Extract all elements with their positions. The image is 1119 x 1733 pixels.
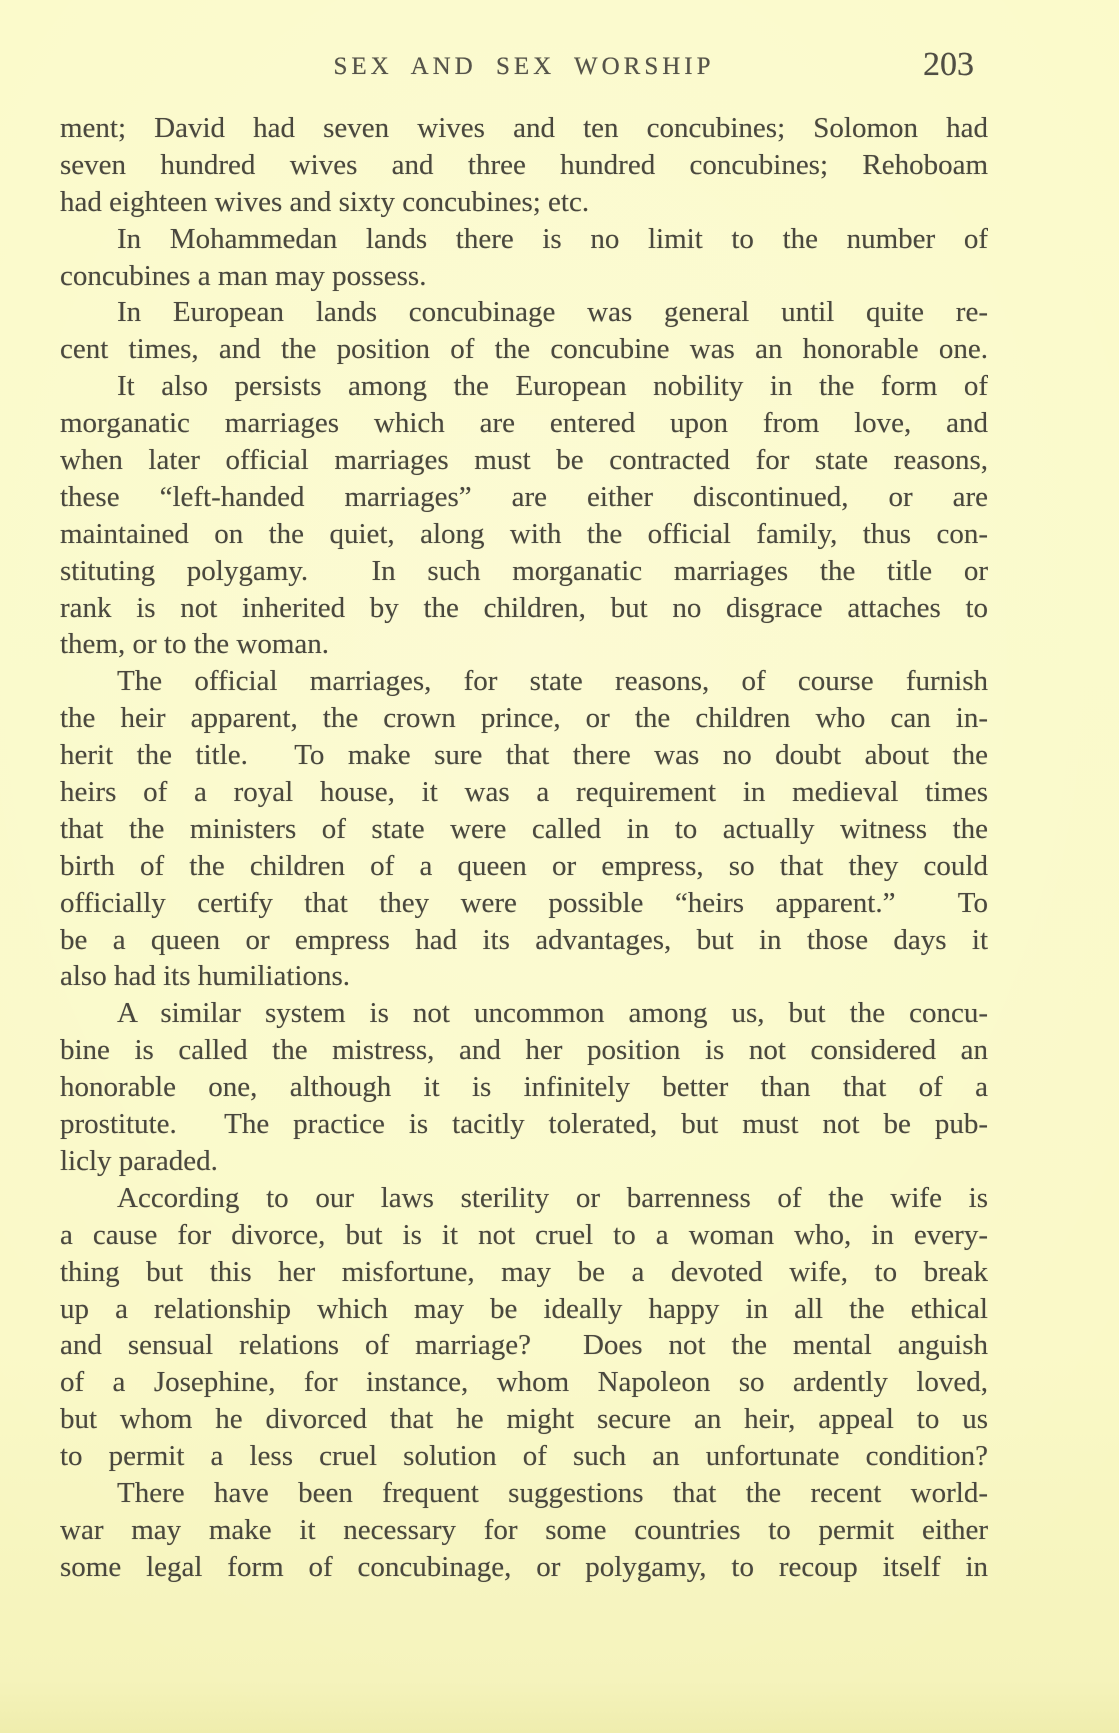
body-text: ment; David had seven wives and ten conc… [60,110,988,1586]
paragraph: In Mohammedan lands there is no limit to… [60,221,988,295]
paragraph: The official marriages, for state reason… [60,663,988,995]
text-line: war may make it necessary for some count… [60,1512,988,1549]
text-line: and sensual relations of marriage? Does … [60,1327,988,1364]
book-page: SEX AND SEX WORSHIP 203 ment; David had … [0,0,1119,1733]
text-line: of a Josephine, for instance, whom Napol… [60,1364,988,1401]
paragraph: It also persists among the European nobi… [60,368,988,663]
text-line: a cause for divorce, but is it not cruel… [60,1217,988,1254]
text-line: had eighteen wives and sixty concubines;… [60,184,988,221]
text-line: the heir apparent, the crown prince, or … [60,700,988,737]
text-line: licly paraded. [60,1143,988,1180]
text-line: morganatic marriages which are entered u… [60,405,988,442]
text-line: In Mohammedan lands there is no limit to… [60,221,988,258]
text-line: up a relationship which may be ideally h… [60,1291,988,1328]
text-line: also had its humiliations. [60,958,988,995]
text-line: when later official marriages must be co… [60,442,988,479]
text-line: maintained on the quiet, along with the … [60,516,988,553]
text-line: birth of the children of a queen or empr… [60,848,988,885]
paragraph: According to our laws sterility or barre… [60,1180,988,1475]
paragraph: ment; David had seven wives and ten conc… [60,110,988,221]
text-line: be a queen or empress had its advantages… [60,922,988,959]
paragraph: In European lands concubinage was genera… [60,294,988,368]
text-line: these “left-handed marriages” are either… [60,479,988,516]
text-line: cent times, and the position of the conc… [60,331,988,368]
text-line: bine is called the mistress, and her pos… [60,1032,988,1069]
text-line: herit the title. To make sure that there… [60,737,988,774]
text-line: but whom he divorced that he might secur… [60,1401,988,1438]
text-line: honorable one, although it is infinitely… [60,1069,988,1106]
text-line: There have been frequent suggestions tha… [60,1475,988,1512]
text-line: prostitute. The practice is tacitly tole… [60,1106,988,1143]
text-line: thing but this her misfortune, may be a … [60,1254,988,1291]
text-line: ment; David had seven wives and ten conc… [60,110,988,147]
text-line: officially certify that they were possib… [60,885,988,922]
text-line: to permit a less cruel solution of such … [60,1438,988,1475]
running-header: SEX AND SEX WORSHIP 203 [60,46,988,90]
text-line: seven hundred wives and three hundred co… [60,147,988,184]
text-line: rank is not inherited by the children, b… [60,590,988,627]
text-line: heirs of a royal house, it was a require… [60,774,988,811]
page-number: 203 [923,46,974,84]
text-line: According to our laws sterility or barre… [60,1180,988,1217]
text-line: stituting polygamy. In such morganatic m… [60,553,988,590]
text-line: some legal form of concubinage, or polyg… [60,1549,988,1586]
text-line: A similar system is not uncommon among u… [60,995,988,1032]
text-line: It also persists among the European nobi… [60,368,988,405]
text-line: The official marriages, for state reason… [60,663,988,700]
paragraph: A similar system is not uncommon among u… [60,995,988,1179]
paragraph: There have been frequent suggestions tha… [60,1475,988,1586]
text-line: In European lands concubinage was genera… [60,294,988,331]
text-line: concubines a man may possess. [60,258,988,295]
text-line: them, or to the woman. [60,626,988,663]
running-header-title: SEX AND SEX WORSHIP [60,53,988,81]
text-line: that the ministers of state were called … [60,811,988,848]
